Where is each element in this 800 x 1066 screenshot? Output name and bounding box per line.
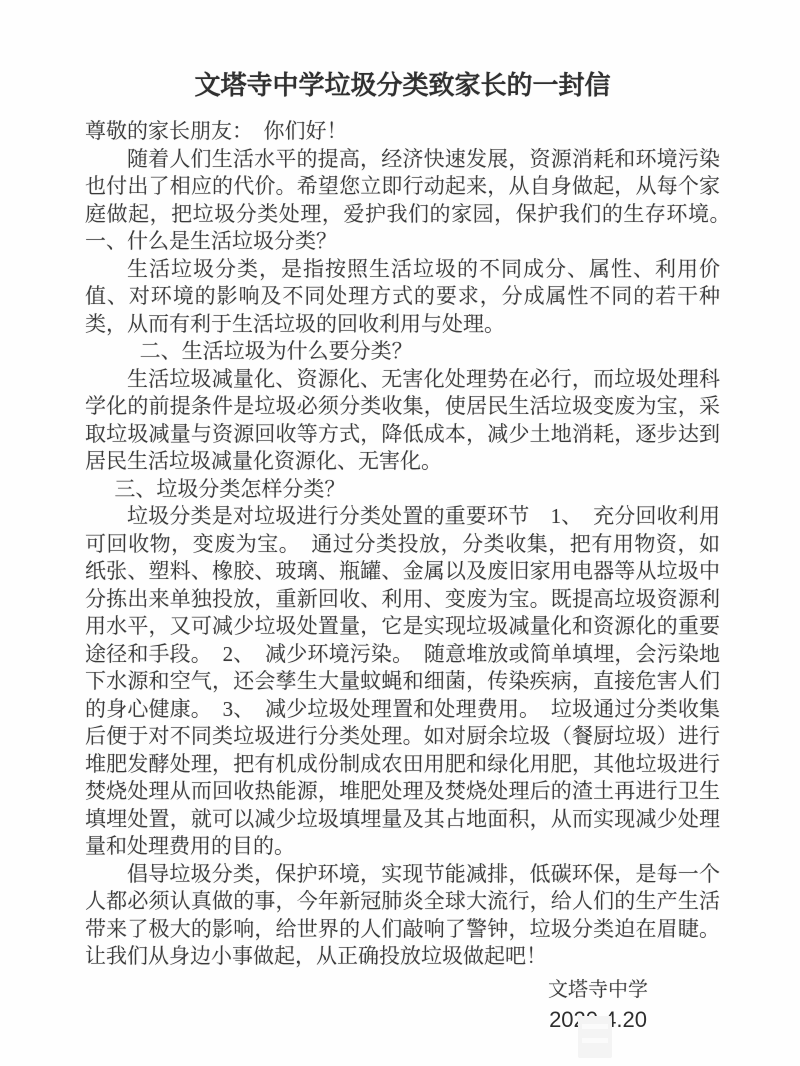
paragraph-why-sort: 生活垃圾减量化、资源化、无害化处理势在必行，而垃圾处理科学化的前提条件是垃圾必须… <box>85 366 720 476</box>
paragraph-closing: 倡导垃圾分类，保护环境，实现节能减排，低碳环保，是每一个人都必须认真做的事，今年… <box>85 861 720 971</box>
paragraph-how-sort: 垃圾分类是对垃圾进行分类处置的重要环节 1、 充分回收利用可回收物，变废为宝。 … <box>85 503 720 861</box>
faint-scan-watermark <box>578 1016 612 1058</box>
signature-school-name: 文塔寺中学 <box>513 977 683 1004</box>
paragraph-intro: 随着人们生活水平的提高，经济快速发展，资源消耗和环境污染也付出了相应的代价。希望… <box>85 146 720 256</box>
section-heading-why-sort: 二、生活垃圾为什么要分类？ <box>85 338 720 366</box>
section-heading-how-sort: 三、垃圾分类怎样分类？ <box>85 476 720 504</box>
greeting-line: 尊敬的家长朋友： 你们好！ <box>85 118 720 146</box>
page-title: 文塔寺中学垃圾分类致家长的一封信 <box>85 70 720 102</box>
scanned-letter-page: 文塔寺中学垃圾分类致家长的一封信 尊敬的家长朋友： 你们好！ 随着人们生活水平的… <box>0 0 800 1066</box>
paragraph-what-is-sorting: 生活垃圾分类，是指按照生活垃圾的不同成分、属性、利用价值、对环境的影响及不同处理… <box>85 256 720 339</box>
